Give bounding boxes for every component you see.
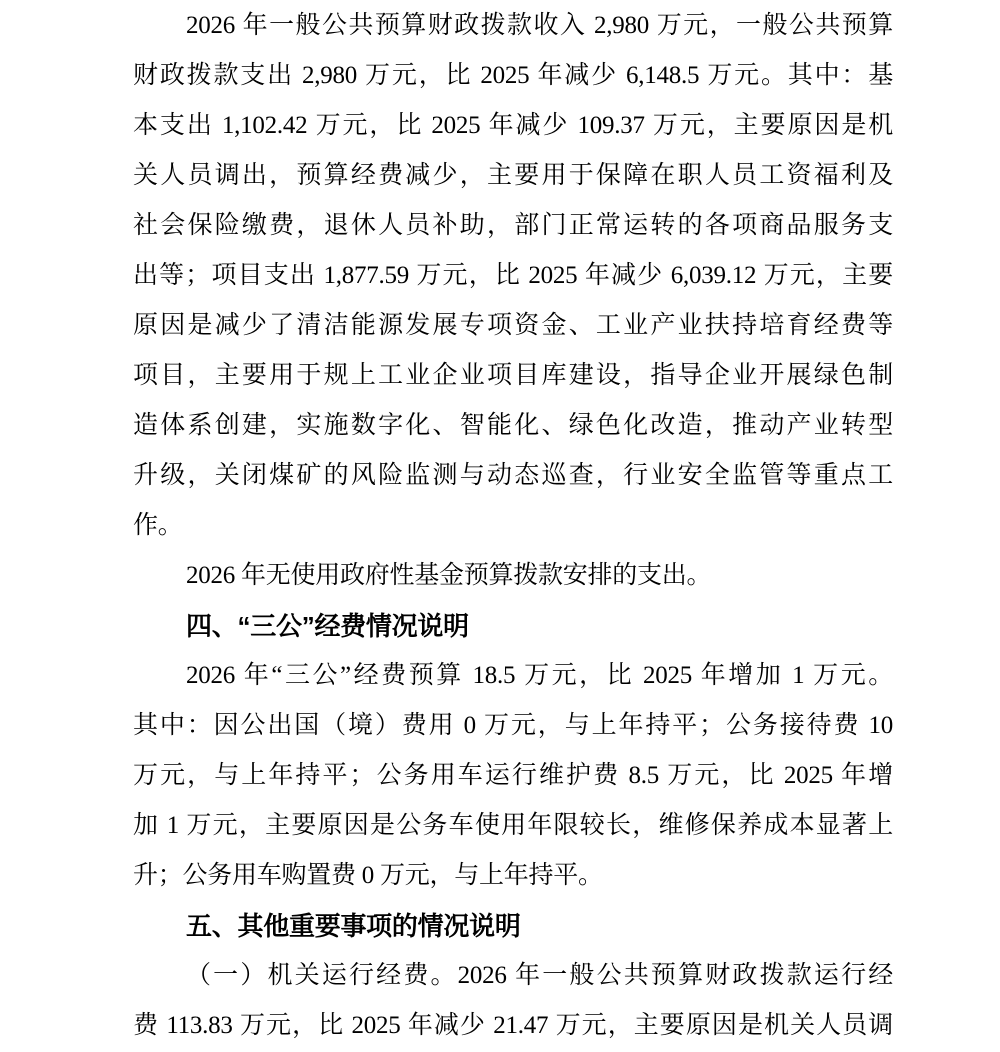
text-line: 财政拨款支出 2,980 万元，比 2025 年减少 6,148.5 万元。其中… [133, 51, 893, 101]
document-page: 2026 年一般公共预算财政拨款收入 2,980 万元，一般公共预算财政拨款支出… [0, 0, 1000, 1052]
text-line: 其中：因公出国（境）费用 0 万元，与上年持平；公务接待费 10 [133, 701, 893, 751]
text-line: 关人员调出，预算经费减少，主要用于保障在职人员工资福利及 [133, 151, 893, 201]
text-line: 出等；项目支出 1,877.59 万元，比 2025 年减少 6,039.12 … [133, 251, 893, 301]
text-line: 原因是减少了清洁能源发展专项资金、工业产业扶持培育经费等 [133, 301, 893, 351]
text-line: 加 1 万元，主要原因是公务车使用年限较长，维修保养成本显著上 [133, 801, 893, 851]
text-line: （一）机关运行经费。2026 年一般公共预算财政拨款运行经 [133, 951, 893, 1001]
text-line: 万元，与上年持平；公务用车运行维护费 8.5 万元，比 2025 年增 [133, 751, 893, 801]
text-line: 造体系创建，实施数字化、智能化、绿色化改造，推动产业转型 [133, 401, 893, 451]
text-line: 升；公务用车购置费 0 万元，与上年持平。 [133, 851, 893, 901]
text-line: 费 113.83 万元，比 2025 年减少 21.47 万元，主要原因是机关人… [133, 1001, 893, 1051]
document-content: 2026 年一般公共预算财政拨款收入 2,980 万元，一般公共预算财政拨款支出… [133, 1, 893, 1051]
text-line: 升级，关闭煤矿的风险监测与动态巡查，行业安全监管等重点工 [133, 451, 893, 501]
section-heading: 五、其他重要事项的情况说明 [133, 901, 893, 951]
text-line: 本支出 1,102.42 万元，比 2025 年减少 109.37 万元，主要原… [133, 101, 893, 151]
text-line: 2026 年无使用政府性基金预算拨款安排的支出。 [133, 551, 893, 601]
text-line: 2026 年“三公”经费预算 18.5 万元，比 2025 年增加 1 万元。 [133, 651, 893, 701]
text-line: 项目，主要用于规上工业企业项目库建设，指导企业开展绿色制 [133, 351, 893, 401]
text-line: 作。 [133, 501, 893, 551]
text-line: 2026 年一般公共预算财政拨款收入 2,980 万元，一般公共预算 [133, 1, 893, 51]
text-line: 社会保险缴费，退休人员补助，部门正常运转的各项商品服务支 [133, 201, 893, 251]
section-heading: 四、“三公”经费情况说明 [133, 601, 893, 651]
